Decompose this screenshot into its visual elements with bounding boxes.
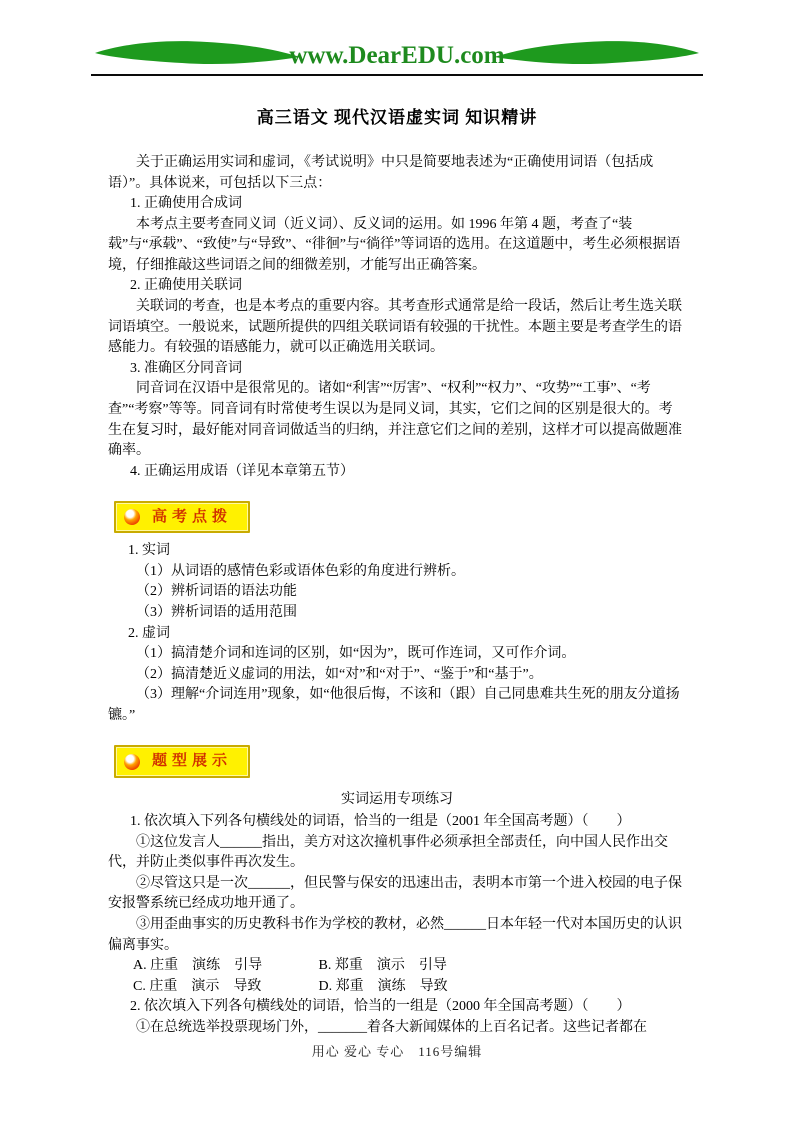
exercise-subtitle: 实词运用专项练习 bbox=[108, 790, 686, 811]
tip-point: （1）搞清楚介词和连词的区别，如“因为”，既可作连词，又可作介词。 bbox=[108, 644, 686, 665]
badge-ball-icon bbox=[124, 754, 140, 770]
exam-tips-badge: 高考点拨 bbox=[114, 501, 250, 533]
section-heading: 1. 正确使用合成词 bbox=[130, 194, 686, 215]
dearedu-logo-icon: www.DearEDU.com bbox=[92, 36, 702, 72]
intro-paragraph: 关于正确运用实词和虚词，《考试说明》中只是简要地表述为“正确使用词语（包括成语）… bbox=[108, 153, 686, 194]
tip-point: （1）从词语的感情色彩或语体色彩的角度进行辨析。 bbox=[108, 562, 686, 583]
tip-heading: 2. 虚词 bbox=[128, 624, 686, 645]
question-stem: 2. 依次填入下列各句横线处的词语，恰当的一组是（2000 年全国高考题）（ ） bbox=[130, 997, 686, 1018]
header-divider bbox=[91, 74, 703, 76]
question-types-badge: 题型展示 bbox=[114, 745, 250, 777]
question-item: ③用歪曲事实的历史教科书作为学校的教材，必然______日本年轻一代对本国历史的… bbox=[108, 915, 686, 956]
tip-heading: 1. 实词 bbox=[128, 541, 686, 562]
section-heading: 4. 正确运用成语（详见本章第五节） bbox=[130, 462, 686, 483]
page-footer: 用心 爱心 专心 116号编辑 bbox=[0, 1042, 794, 1061]
badge-label: 题型展示 bbox=[152, 750, 232, 772]
section-heading: 2. 正确使用关联词 bbox=[130, 276, 686, 297]
question-item: ①这位发言人______指出，美方对这次撞机事件必须承担全部责任，向中国人民作出… bbox=[108, 833, 686, 874]
header-logo: www.DearEDU.com bbox=[0, 0, 794, 72]
option: A. 庄重 演练 引导 bbox=[133, 956, 315, 977]
options-row: C. 庄重 演示 导致 D. 郑重 演练 导致 bbox=[133, 977, 686, 998]
question-item: ②尽管这只是一次______，但民警与保安的迅速出击，表明本市第一个进入校园的电… bbox=[108, 874, 686, 915]
question-stem: 1. 依次填入下列各句横线处的词语，恰当的一组是（2001 年全国高考题）（ ） bbox=[130, 812, 686, 833]
section-body: 同音词在汉语中是很常见的。诸如“利害”“厉害”、“权利”“权力”、“攻势”“工事… bbox=[108, 379, 686, 461]
section-body: 本考点主要考查同义词（近义词）、反义词的运用。如 1996 年第 4 题，考查了… bbox=[108, 215, 686, 277]
badge-label: 高考点拨 bbox=[152, 506, 232, 528]
tip-point: （3）理解“介词连用”现象，如“他很后悔，不该和（跟）自己同患难共生死的朋友分道… bbox=[108, 685, 686, 726]
tip-point: （3）辨析词语的适用范围 bbox=[108, 603, 686, 624]
page-title: 高三语文 现代汉语虚实词 知识精讲 bbox=[108, 106, 686, 131]
option: B. 郑重 演示 引导 bbox=[319, 958, 447, 973]
tip-point: （2）辨析词语的语法功能 bbox=[108, 582, 686, 603]
question-item: ①在总统选举投票现场门外，_______着各大新闻媒体的上百名记者。这些记者都在 bbox=[108, 1018, 686, 1039]
option: C. 庄重 演示 导致 bbox=[133, 977, 315, 998]
badge-ball-icon bbox=[124, 509, 140, 525]
tip-point: （2）搞清楚近义虚词的用法，如“对”和“对于”、“鉴于”和“基于”。 bbox=[108, 665, 686, 686]
section-heading: 3. 准确区分同音词 bbox=[130, 359, 686, 380]
options-row: A. 庄重 演练 引导 B. 郑重 演示 引导 bbox=[133, 956, 686, 977]
logo-text: www.DearEDU.com bbox=[289, 42, 504, 69]
option: D. 郑重 演练 导致 bbox=[319, 979, 448, 994]
document-page: 高三语文 现代汉语虚实词 知识精讲 关于正确运用实词和虚词，《考试说明》中只是简… bbox=[108, 106, 686, 1038]
section-body: 关联词的考查，也是本考点的重要内容。其考查形式通常是给一段话，然后让考生选关联词… bbox=[108, 297, 686, 359]
